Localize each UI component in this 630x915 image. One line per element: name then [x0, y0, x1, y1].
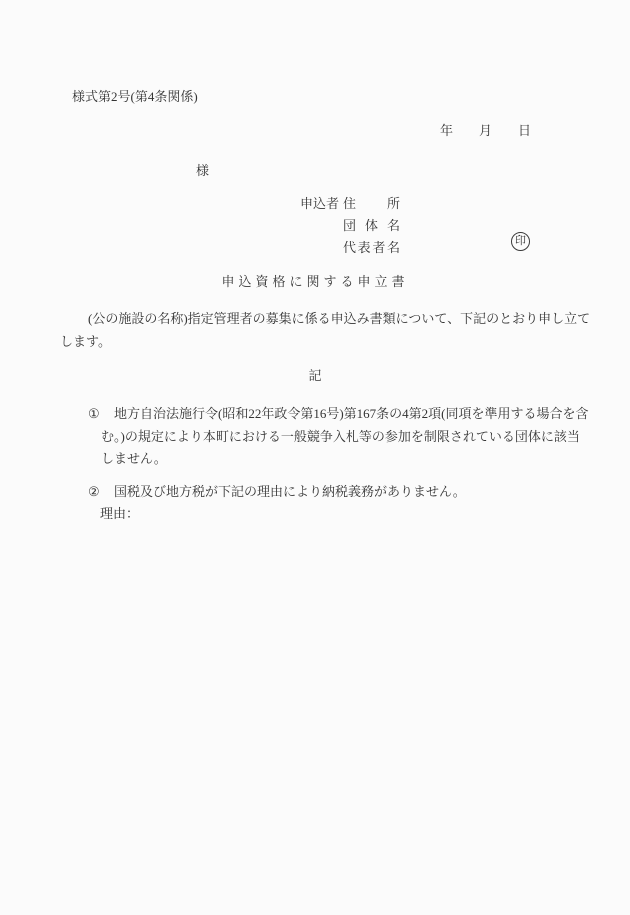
representative-label: 代表者名 — [343, 237, 400, 259]
declaration-item-2: ② 国税及び地方税が下記の理由により納税義務がありません。 — [60, 481, 590, 504]
intro-paragraph: (公の施設の名称)指定管理者の募集に係る申込み書類について、下記のとおり申し立て… — [60, 307, 590, 353]
record-heading: 記 — [0, 365, 630, 384]
organization-label: 団体名 — [343, 215, 400, 237]
seal-label: 印 — [515, 233, 526, 250]
document-page: 様式第2号(第4条関係) 年 月 日 様 申込者住所 団体名 代表者名 印 申込… — [0, 0, 630, 915]
applicant-organization-row: 団体名 — [343, 215, 400, 237]
document-title: 申込資格に関する申立書 — [0, 271, 630, 290]
applicant-label: 申込者 — [300, 196, 339, 211]
reason-label: 理由： — [100, 503, 139, 522]
date-line: 年 月 日 — [440, 120, 531, 139]
applicant-representative-row: 代表者名 — [343, 237, 400, 259]
seal-icon: 印 — [511, 232, 530, 251]
item-2-text: 国税及び地方税が下記の理由により納税義務がありません。 — [60, 481, 590, 504]
form-number: 様式第2号(第4条関係) — [72, 86, 198, 105]
declaration-item-1: ① 地方自治法施行令(昭和22年政令第16号)第167条の4第2項(同項を準用す… — [60, 403, 590, 471]
applicant-block: 申込者住所 団体名 代表者名 — [300, 193, 400, 259]
addressee-suffix: 様 — [196, 160, 209, 179]
item-1-number: ① — [88, 403, 100, 426]
item-1-text: 地方自治法施行令(昭和22年政令第16号)第167条の4第2項(同項を準用する場… — [60, 403, 590, 471]
address-label: 住所 — [343, 193, 400, 215]
item-2-number: ② — [88, 481, 100, 504]
applicant-address-row: 申込者住所 — [300, 193, 400, 215]
